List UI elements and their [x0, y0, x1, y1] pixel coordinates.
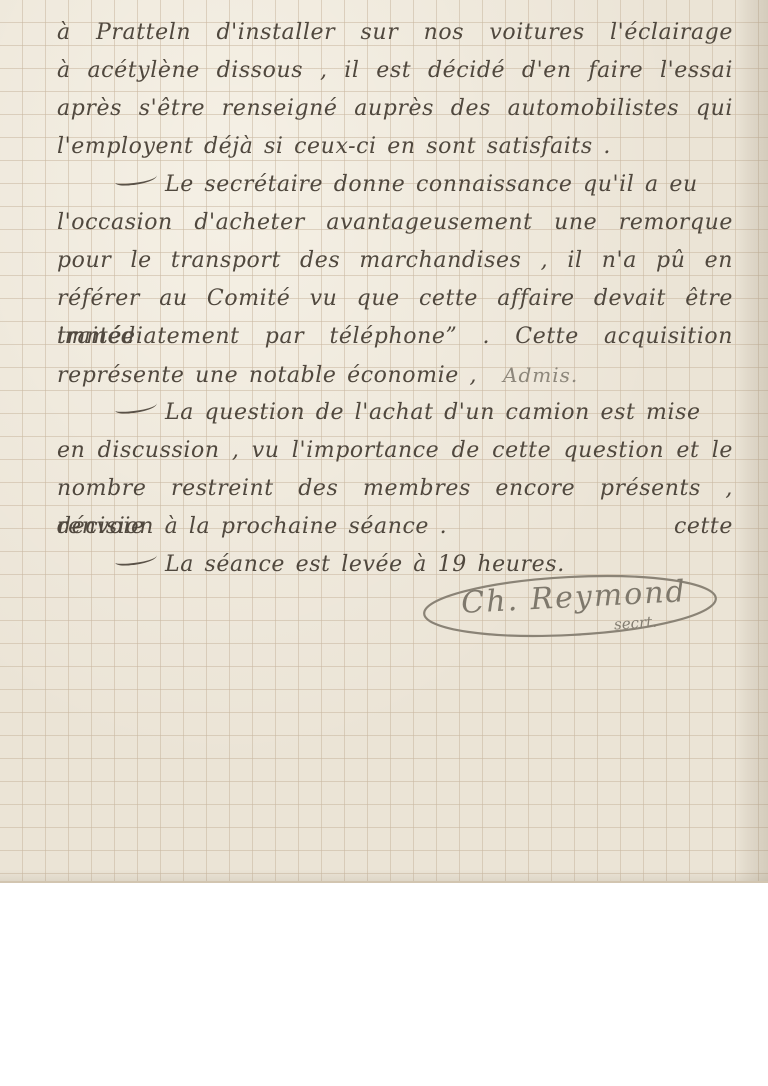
pencil-annotation: Admis. [503, 363, 578, 387]
manuscript-line: à Pratteln d'installer sur nos voitures … [57, 14, 733, 52]
manuscript-line: après s'être renseigné auprès des automo… [57, 90, 733, 128]
manuscript-line: immédiatement par téléphone” . Cette acq… [57, 318, 733, 356]
manuscript-line: référer au Comité vu que cette affaire d… [57, 280, 733, 318]
manuscript-line-text: Le secrétaire donne connaissance qu'il a… [165, 172, 698, 197]
manuscript-line: l'occasion d'acheter avantageusement une… [57, 204, 733, 242]
manuscript-text-block: à Pratteln d'installer sur nos voitures … [57, 14, 733, 584]
manuscript-line: à acétylène dissous , il est décidé d'en… [57, 52, 733, 90]
manuscript-line: pour le transport des marchandises , il … [57, 242, 733, 280]
manuscript-line: l'employent déjà si ceux-ci en sont sati… [57, 128, 733, 166]
manuscript-line: en discussion , vu l'importance de cette… [57, 432, 733, 470]
manuscript-line-text: La question de l'achat d'un camion est m… [165, 400, 701, 425]
paragraph-lead-stroke [115, 172, 158, 187]
signature-block: Ch. Reymond secrt. [418, 566, 723, 650]
manuscript-line: nombre restreint des membres encore prés… [57, 470, 733, 508]
paragraph-lead-stroke [115, 552, 158, 567]
paragraph-lead-stroke [115, 400, 158, 415]
manuscript-line paragraph-start: La question de l'achat d'un camion est m… [57, 394, 733, 432]
signature-title: secrt. [613, 613, 657, 634]
manuscript-line-text: représente une notable économie , [57, 363, 477, 388]
manuscript-line paragraph-start: Le secrétaire donne connaissance qu'il a… [57, 166, 733, 204]
manuscript-page: à Pratteln d'installer sur nos voitures … [0, 0, 768, 883]
manuscript-line: représente une notable économie ,Admis. [57, 356, 733, 394]
